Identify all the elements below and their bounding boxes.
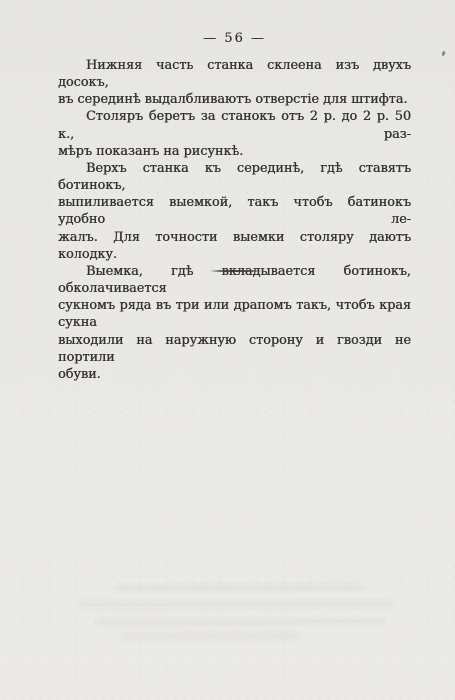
- book-page-scan: — 56 — Нижняя часть станка склеена изъ д…: [0, 0, 455, 700]
- page-bleedthrough: [95, 617, 385, 625]
- text-line: выпиливается выемкой, такъ чтобъ батинок…: [58, 194, 411, 228]
- paragraph: Столяръ беретъ за станокъ отъ 2 р. до 2 …: [58, 108, 411, 159]
- text-line: жалъ. Для точности выемки столяру даютъ …: [58, 229, 411, 263]
- page-bleedthrough: [115, 583, 365, 591]
- text-line: Нижняя часть станка склеена изъ двухъ до…: [58, 57, 411, 91]
- text-line: обуви.: [58, 366, 411, 383]
- page-bleedthrough: [120, 633, 300, 641]
- text-line: Верхъ станка къ серединѣ, гдѣ ставятъ бо…: [58, 160, 411, 194]
- paragraph: Верхъ станка къ серединѣ, гдѣ ставятъ бо…: [58, 160, 411, 263]
- text-line: сукномъ ряда въ три или драпомъ такъ, чт…: [58, 297, 411, 331]
- text-line: мѣръ показанъ на рисункѣ.: [58, 143, 411, 160]
- text-block: Нижняя часть станка склеена изъ двухъ до…: [58, 57, 411, 383]
- page-bleedthrough: [78, 600, 393, 608]
- section-divider: [210, 270, 262, 272]
- page-number: — 56 —: [58, 31, 411, 46]
- text-line: Столяръ беретъ за станокъ отъ 2 р. до 2 …: [58, 108, 411, 142]
- ink-speck: [441, 51, 446, 57]
- text-line: Выемка, гдѣ вкладывается ботинокъ, обкол…: [58, 263, 411, 297]
- text-line: въ серединѣ выдалбливаютъ отверстіе для …: [58, 91, 411, 108]
- text-line: выходили на наружную сторону и гвозди не…: [58, 332, 411, 366]
- paragraph: Выемка, гдѣ вкладывается ботинокъ, обкол…: [58, 263, 411, 383]
- paragraph: Нижняя часть станка склеена изъ двухъ до…: [58, 57, 411, 108]
